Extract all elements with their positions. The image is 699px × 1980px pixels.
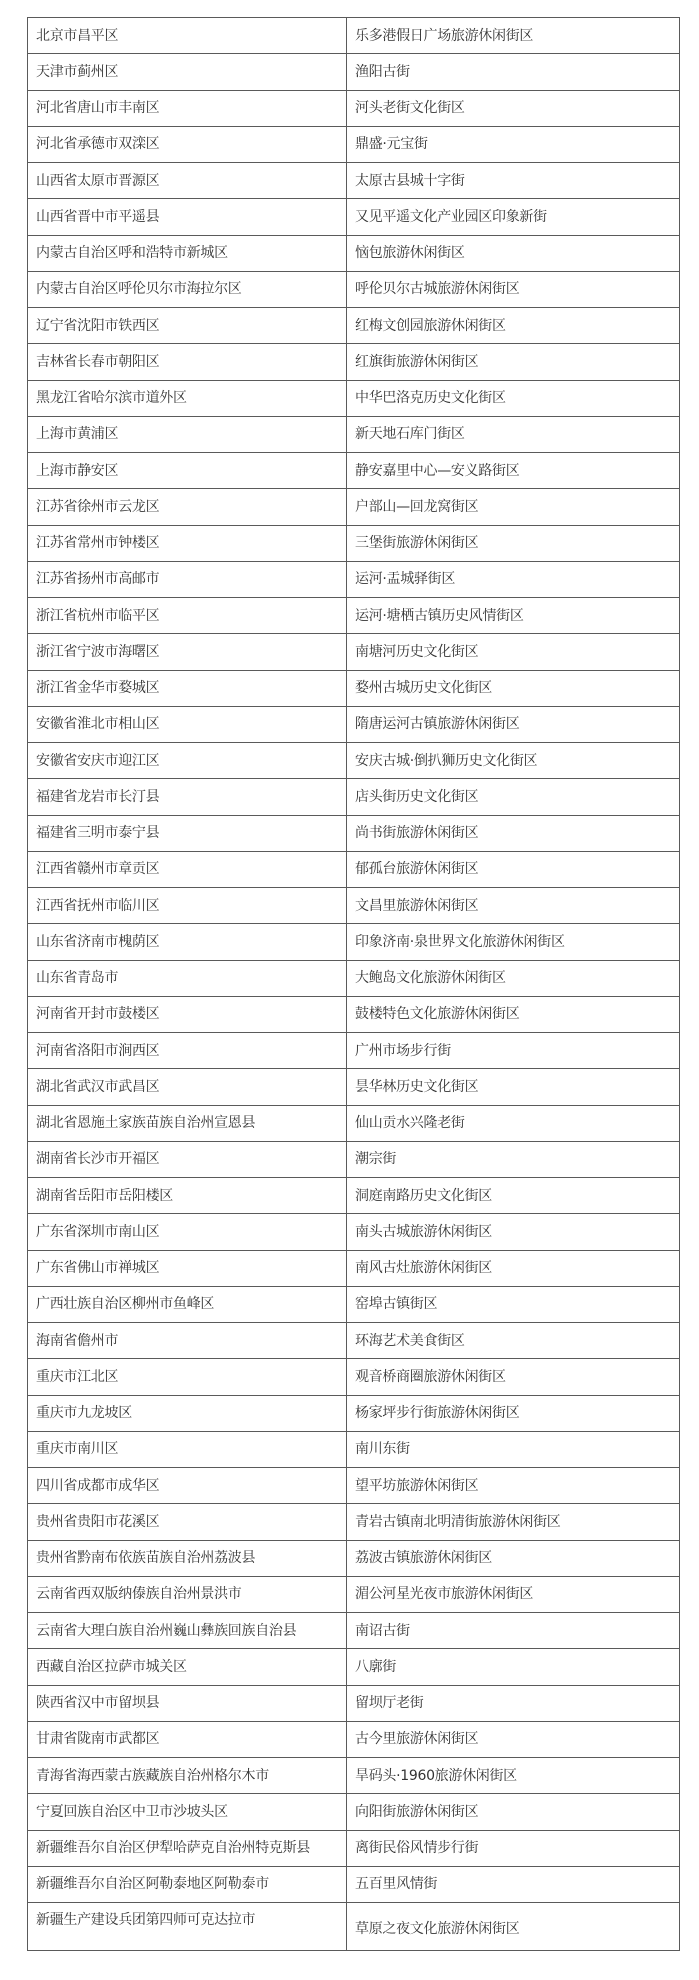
street-name-cell: 文昌里旅游休闲街区 [347, 888, 680, 924]
table-row: 新疆生产建设兵团第四师可克达拉市草原之夜文化旅游休闲街区 [28, 1903, 680, 1951]
region-cell: 青海省海西蒙古族藏族自治州格尔木市 [28, 1758, 347, 1794]
street-name-cell: 恼包旅游休闲街区 [347, 235, 680, 271]
region-cell: 天津市蓟州区 [28, 54, 347, 90]
table-row: 湖北省武汉市武昌区昙华林历史文化街区 [28, 1069, 680, 1105]
street-name-cell: 静安嘉里中心—安义路街区 [347, 453, 680, 489]
table-row: 重庆市南川区南川东街 [28, 1431, 680, 1467]
table-row: 山西省晋中市平遥县又见平遥文化产业园区印象新街 [28, 199, 680, 235]
table-row: 浙江省宁波市海曙区南塘河历史文化街区 [28, 634, 680, 670]
table-row: 黑龙江省哈尔滨市道外区中华巴洛克历史文化街区 [28, 380, 680, 416]
region-cell: 西藏自治区拉萨市城关区 [28, 1649, 347, 1685]
table-row: 新疆维吾尔自治区阿勒泰地区阿勒泰市五百里风情街 [28, 1866, 680, 1902]
table-row: 重庆市九龙坡区杨家坪步行街旅游休闲街区 [28, 1395, 680, 1431]
table-row: 江西省赣州市章贡区郁孤台旅游休闲街区 [28, 851, 680, 887]
street-name-cell: 红梅文创园旅游休闲街区 [347, 308, 680, 344]
region-cell: 湖南省长沙市开福区 [28, 1141, 347, 1177]
table-row: 内蒙古自治区呼伦贝尔市海拉尔区呼伦贝尔古城旅游休闲街区 [28, 271, 680, 307]
table-body: 北京市昌平区乐多港假日广场旅游休闲街区天津市蓟州区渔阳古街河北省唐山市丰南区河头… [28, 18, 680, 1951]
region-cell: 山东省青岛市 [28, 960, 347, 996]
region-cell: 黑龙江省哈尔滨市道外区 [28, 380, 347, 416]
region-cell: 安徽省淮北市相山区 [28, 706, 347, 742]
region-cell: 重庆市九龙坡区 [28, 1395, 347, 1431]
region-cell: 河北省唐山市丰南区 [28, 90, 347, 126]
table-row: 江苏省徐州市云龙区户部山—回龙窝街区 [28, 489, 680, 525]
region-cell: 广西壮族自治区柳州市鱼峰区 [28, 1286, 347, 1322]
street-name-cell: 观音桥商圈旅游休闲街区 [347, 1359, 680, 1395]
street-name-cell: 仙山贡水兴隆老街 [347, 1105, 680, 1141]
region-cell: 河北省承德市双滦区 [28, 126, 347, 162]
table-row: 湖南省岳阳市岳阳楼区洞庭南路历史文化街区 [28, 1178, 680, 1214]
region-cell: 湖北省武汉市武昌区 [28, 1069, 347, 1105]
street-name-cell: 运河·塘栖古镇历史风情街区 [347, 598, 680, 634]
street-name-cell: 安庆古城·倒扒狮历史文化街区 [347, 743, 680, 779]
region-cell: 浙江省杭州市临平区 [28, 598, 347, 634]
table-row: 福建省三明市泰宁县尚书街旅游休闲街区 [28, 815, 680, 851]
table-row: 吉林省长春市朝阳区红旗街旅游休闲街区 [28, 344, 680, 380]
table-row: 福建省龙岩市长汀县店头街历史文化街区 [28, 779, 680, 815]
region-cell: 新疆生产建设兵团第四师可克达拉市 [28, 1903, 347, 1951]
street-name-cell: 留坝厅老街 [347, 1685, 680, 1721]
street-name-cell: 窑埠古镇街区 [347, 1286, 680, 1322]
street-name-cell: 鼓楼特色文化旅游休闲街区 [347, 996, 680, 1032]
table-row: 浙江省杭州市临平区运河·塘栖古镇历史风情街区 [28, 598, 680, 634]
street-name-cell: 八廓街 [347, 1649, 680, 1685]
region-cell: 重庆市南川区 [28, 1431, 347, 1467]
table-row: 广东省佛山市禅城区南风古灶旅游休闲街区 [28, 1250, 680, 1286]
table-row: 云南省大理白族自治州巍山彝族回族自治县南诏古街 [28, 1613, 680, 1649]
table-row: 青海省海西蒙古族藏族自治州格尔木市旱码头·1960旅游休闲街区 [28, 1758, 680, 1794]
street-name-cell: 杨家坪步行街旅游休闲街区 [347, 1395, 680, 1431]
table-row: 北京市昌平区乐多港假日广场旅游休闲街区 [28, 18, 680, 54]
region-cell: 新疆维吾尔自治区阿勒泰地区阿勒泰市 [28, 1866, 347, 1902]
table-row: 云南省西双版纳傣族自治州景洪市湄公河星光夜市旅游休闲街区 [28, 1576, 680, 1612]
street-name-cell: 户部山—回龙窝街区 [347, 489, 680, 525]
table-row: 贵州省黔南布依族苗族自治州荔波县荔波古镇旅游休闲街区 [28, 1540, 680, 1576]
table-row: 广东省深圳市南山区南头古城旅游休闲街区 [28, 1214, 680, 1250]
region-cell: 广东省深圳市南山区 [28, 1214, 347, 1250]
table-row: 江西省抚州市临川区文昌里旅游休闲街区 [28, 888, 680, 924]
table-row: 山西省太原市晋源区太原古县城十字街 [28, 163, 680, 199]
table-row: 山东省济南市槐荫区印象济南·泉世界文化旅游休闲街区 [28, 924, 680, 960]
street-name-cell: 红旗街旅游休闲街区 [347, 344, 680, 380]
street-name-cell: 青岩古镇南北明清街旅游休闲街区 [347, 1504, 680, 1540]
table-row: 西藏自治区拉萨市城关区八廓街 [28, 1649, 680, 1685]
region-cell: 福建省三明市泰宁县 [28, 815, 347, 851]
street-name-cell: 洞庭南路历史文化街区 [347, 1178, 680, 1214]
street-name-cell: 大鲍岛文化旅游休闲街区 [347, 960, 680, 996]
region-cell: 贵州省黔南布依族苗族自治州荔波县 [28, 1540, 347, 1576]
street-name-cell: 向阳街旅游休闲街区 [347, 1794, 680, 1830]
street-name-cell: 中华巴洛克历史文化街区 [347, 380, 680, 416]
region-cell: 山西省太原市晋源区 [28, 163, 347, 199]
region-cell: 江苏省扬州市高邮市 [28, 561, 347, 597]
street-name-cell: 呼伦贝尔古城旅游休闲街区 [347, 271, 680, 307]
street-name-cell: 新天地石库门街区 [347, 416, 680, 452]
region-cell: 河南省洛阳市涧西区 [28, 1033, 347, 1069]
region-cell: 浙江省宁波市海曙区 [28, 634, 347, 670]
table-row: 海南省儋州市环海艺术美食街区 [28, 1323, 680, 1359]
region-cell: 河南省开封市鼓楼区 [28, 996, 347, 1032]
table-row: 四川省成都市成华区望平坊旅游休闲街区 [28, 1468, 680, 1504]
table-row: 内蒙古自治区呼和浩特市新城区恼包旅游休闲街区 [28, 235, 680, 271]
region-cell: 上海市静安区 [28, 453, 347, 489]
region-cell: 山西省晋中市平遥县 [28, 199, 347, 235]
table-row: 湖南省长沙市开福区潮宗街 [28, 1141, 680, 1177]
region-cell: 云南省西双版纳傣族自治州景洪市 [28, 1576, 347, 1612]
region-cell: 安徽省安庆市迎江区 [28, 743, 347, 779]
table-row: 贵州省贵阳市花溪区青岩古镇南北明清街旅游休闲街区 [28, 1504, 680, 1540]
street-name-cell: 昙华林历史文化街区 [347, 1069, 680, 1105]
street-list-table: 北京市昌平区乐多港假日广场旅游休闲街区天津市蓟州区渔阳古街河北省唐山市丰南区河头… [27, 17, 680, 1951]
region-cell: 江西省赣州市章贡区 [28, 851, 347, 887]
street-name-cell: 南川东街 [347, 1431, 680, 1467]
region-cell: 上海市黄浦区 [28, 416, 347, 452]
region-cell: 内蒙古自治区呼和浩特市新城区 [28, 235, 347, 271]
table-row: 湖北省恩施土家族苗族自治州宣恩县仙山贡水兴隆老街 [28, 1105, 680, 1141]
street-name-cell: 广州市场步行街 [347, 1033, 680, 1069]
table-row: 重庆市江北区观音桥商圈旅游休闲街区 [28, 1359, 680, 1395]
street-name-cell: 隋唐运河古镇旅游休闲街区 [347, 706, 680, 742]
region-cell: 福建省龙岩市长汀县 [28, 779, 347, 815]
table-row: 河南省洛阳市涧西区广州市场步行街 [28, 1033, 680, 1069]
region-cell: 甘肃省陇南市武都区 [28, 1721, 347, 1757]
table-row: 安徽省安庆市迎江区安庆古城·倒扒狮历史文化街区 [28, 743, 680, 779]
table-row: 天津市蓟州区渔阳古街 [28, 54, 680, 90]
street-name-cell: 乐多港假日广场旅游休闲街区 [347, 18, 680, 54]
street-name-cell: 湄公河星光夜市旅游休闲街区 [347, 1576, 680, 1612]
street-name-cell: 南头古城旅游休闲街区 [347, 1214, 680, 1250]
table-row: 河北省唐山市丰南区河头老街文化街区 [28, 90, 680, 126]
table-row: 河南省开封市鼓楼区鼓楼特色文化旅游休闲街区 [28, 996, 680, 1032]
street-name-cell: 荔波古镇旅游休闲街区 [347, 1540, 680, 1576]
table-row: 甘肃省陇南市武都区古今里旅游休闲街区 [28, 1721, 680, 1757]
street-name-cell: 店头街历史文化街区 [347, 779, 680, 815]
table-row: 陕西省汉中市留坝县留坝厅老街 [28, 1685, 680, 1721]
region-cell: 内蒙古自治区呼伦贝尔市海拉尔区 [28, 271, 347, 307]
table-row: 山东省青岛市大鲍岛文化旅游休闲街区 [28, 960, 680, 996]
street-name-cell: 环海艺术美食街区 [347, 1323, 680, 1359]
region-cell: 吉林省长春市朝阳区 [28, 344, 347, 380]
region-cell: 湖北省恩施土家族苗族自治州宣恩县 [28, 1105, 347, 1141]
region-cell: 海南省儋州市 [28, 1323, 347, 1359]
table-row: 辽宁省沈阳市铁西区红梅文创园旅游休闲街区 [28, 308, 680, 344]
region-cell: 湖南省岳阳市岳阳楼区 [28, 1178, 347, 1214]
region-cell: 宁夏回族自治区中卫市沙坡头区 [28, 1794, 347, 1830]
table-row: 新疆维吾尔自治区伊犁哈萨克自治州特克斯县离街民俗风情步行街 [28, 1830, 680, 1866]
street-name-cell: 印象济南·泉世界文化旅游休闲街区 [347, 924, 680, 960]
street-name-cell: 南风古灶旅游休闲街区 [347, 1250, 680, 1286]
street-name-cell: 潮宗街 [347, 1141, 680, 1177]
region-cell: 江苏省常州市钟楼区 [28, 525, 347, 561]
table-row: 上海市静安区静安嘉里中心—安义路街区 [28, 453, 680, 489]
street-name-cell: 河头老街文化街区 [347, 90, 680, 126]
region-cell: 贵州省贵阳市花溪区 [28, 1504, 347, 1540]
table-row: 江苏省常州市钟楼区三堡街旅游休闲街区 [28, 525, 680, 561]
street-name-cell: 太原古县城十字街 [347, 163, 680, 199]
street-name-cell: 郁孤台旅游休闲街区 [347, 851, 680, 887]
street-name-cell: 尚书街旅游休闲街区 [347, 815, 680, 851]
region-cell: 重庆市江北区 [28, 1359, 347, 1395]
region-cell: 山东省济南市槐荫区 [28, 924, 347, 960]
street-name-cell: 又见平遥文化产业园区印象新街 [347, 199, 680, 235]
street-name-cell: 渔阳古街 [347, 54, 680, 90]
street-name-cell: 婺州古城历史文化街区 [347, 670, 680, 706]
street-name-cell: 南诏古街 [347, 1613, 680, 1649]
region-cell: 陕西省汉中市留坝县 [28, 1685, 347, 1721]
region-cell: 江苏省徐州市云龙区 [28, 489, 347, 525]
table-row: 上海市黄浦区新天地石库门街区 [28, 416, 680, 452]
table-row: 安徽省淮北市相山区隋唐运河古镇旅游休闲街区 [28, 706, 680, 742]
street-name-cell: 离街民俗风情步行街 [347, 1830, 680, 1866]
table-row: 浙江省金华市婺城区婺州古城历史文化街区 [28, 670, 680, 706]
street-name-cell: 鼎盛·元宝街 [347, 126, 680, 162]
region-cell: 云南省大理白族自治州巍山彝族回族自治县 [28, 1613, 347, 1649]
street-list-table-container: 北京市昌平区乐多港假日广场旅游休闲街区天津市蓟州区渔阳古街河北省唐山市丰南区河头… [27, 17, 679, 1951]
street-name-cell: 三堡街旅游休闲街区 [347, 525, 680, 561]
region-cell: 广东省佛山市禅城区 [28, 1250, 347, 1286]
table-row: 广西壮族自治区柳州市鱼峰区窑埠古镇街区 [28, 1286, 680, 1322]
street-name-cell: 旱码头·1960旅游休闲街区 [347, 1758, 680, 1794]
region-cell: 新疆维吾尔自治区伊犁哈萨克自治州特克斯县 [28, 1830, 347, 1866]
street-name-cell: 南塘河历史文化街区 [347, 634, 680, 670]
region-cell: 浙江省金华市婺城区 [28, 670, 347, 706]
street-name-cell: 草原之夜文化旅游休闲街区 [347, 1903, 680, 1951]
street-name-cell: 运河·盂城驿街区 [347, 561, 680, 597]
region-cell: 江西省抚州市临川区 [28, 888, 347, 924]
table-row: 河北省承德市双滦区鼎盛·元宝街 [28, 126, 680, 162]
street-name-cell: 望平坊旅游休闲街区 [347, 1468, 680, 1504]
table-row: 宁夏回族自治区中卫市沙坡头区向阳街旅游休闲街区 [28, 1794, 680, 1830]
street-name-cell: 五百里风情街 [347, 1866, 680, 1902]
street-name-cell: 古今里旅游休闲街区 [347, 1721, 680, 1757]
region-cell: 北京市昌平区 [28, 18, 347, 54]
region-cell: 四川省成都市成华区 [28, 1468, 347, 1504]
table-row: 江苏省扬州市高邮市运河·盂城驿街区 [28, 561, 680, 597]
region-cell: 辽宁省沈阳市铁西区 [28, 308, 347, 344]
